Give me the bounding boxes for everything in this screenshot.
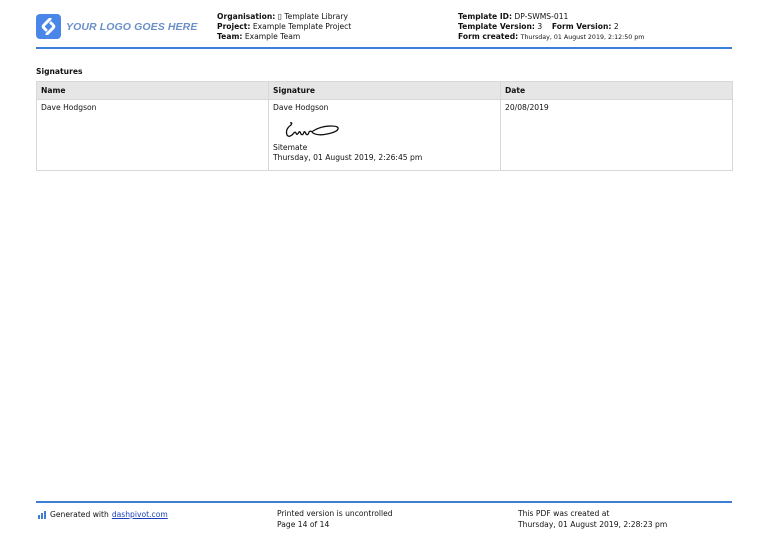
- page-header: YOUR LOGO GOES HERE Organisation: ▯ Temp…: [36, 10, 732, 46]
- cell-date: 20/08/2019: [501, 100, 733, 171]
- footer-generated: Generated with dashpivot.com: [38, 510, 168, 521]
- header-meta-template: Template ID: DP-SWMS-011 Template Versio…: [458, 12, 644, 43]
- form-created-value: Thursday, 01 August 2019, 2:12:50 pm: [521, 34, 645, 41]
- uncontrolled-text: Printed version is uncontrolled: [277, 509, 393, 520]
- header-meta-organisation: Organisation: ▯ Template Library Project…: [217, 12, 351, 42]
- cell-name: Dave Hodgson: [37, 100, 269, 171]
- template-id-value: DP-SWMS-011: [514, 12, 568, 21]
- signature-name: Dave Hodgson: [273, 103, 496, 113]
- table-header-row: Name Signature Date: [37, 82, 733, 100]
- signature-company: Sitemate: [273, 143, 496, 153]
- template-version-label: Template Version:: [458, 22, 535, 31]
- footer-divider: [36, 501, 732, 503]
- dashpivot-link[interactable]: dashpivot.com: [112, 510, 168, 521]
- signatures-table: Name Signature Date Dave Hodgson Dave Ho…: [36, 81, 733, 171]
- form-version-label: Form Version:: [552, 22, 612, 31]
- team-value: Example Team: [245, 32, 300, 41]
- company-logo: YOUR LOGO GOES HERE: [36, 14, 197, 39]
- signature-timestamp: Thursday, 01 August 2019, 2:26:45 pm: [273, 153, 496, 163]
- pdf-created-label: This PDF was created at: [518, 509, 667, 520]
- organisation-label: Organisation:: [217, 12, 275, 21]
- template-version-value: 3: [537, 22, 542, 31]
- project-value: Example Template Project: [253, 22, 351, 31]
- template-id-label: Template ID:: [458, 12, 512, 21]
- footer-pdf-created: This PDF was created at Thursday, 01 Aug…: [518, 509, 667, 530]
- organisation-value: ▯ Template Library: [278, 12, 348, 21]
- form-created-label: Form created:: [458, 32, 518, 41]
- header-divider: [36, 47, 732, 49]
- column-header-signature: Signature: [269, 82, 501, 100]
- project-label: Project:: [217, 22, 250, 31]
- generated-text: Generated with: [50, 510, 109, 521]
- form-version-value: 2: [614, 22, 619, 31]
- signature-image: [283, 119, 343, 141]
- section-title-signatures: Signatures: [36, 67, 83, 76]
- pdf-created-value: Thursday, 01 August 2019, 2:28:23 pm: [518, 520, 667, 531]
- footer-uncontrolled: Printed version is uncontrolled Page 14 …: [277, 509, 393, 530]
- logo-text: YOUR LOGO GOES HERE: [66, 21, 197, 33]
- column-header-date: Date: [501, 82, 733, 100]
- dashpivot-bars-icon: [38, 511, 46, 519]
- logo-icon: [36, 14, 61, 39]
- table-row: Dave Hodgson Dave Hodgson Sitemate Thurs…: [37, 100, 733, 171]
- page-number: Page 14 of 14: [277, 520, 393, 531]
- column-header-name: Name: [37, 82, 269, 100]
- cell-signature: Dave Hodgson Sitemate Thursday, 01 Augus…: [269, 100, 501, 171]
- team-label: Team:: [217, 32, 242, 41]
